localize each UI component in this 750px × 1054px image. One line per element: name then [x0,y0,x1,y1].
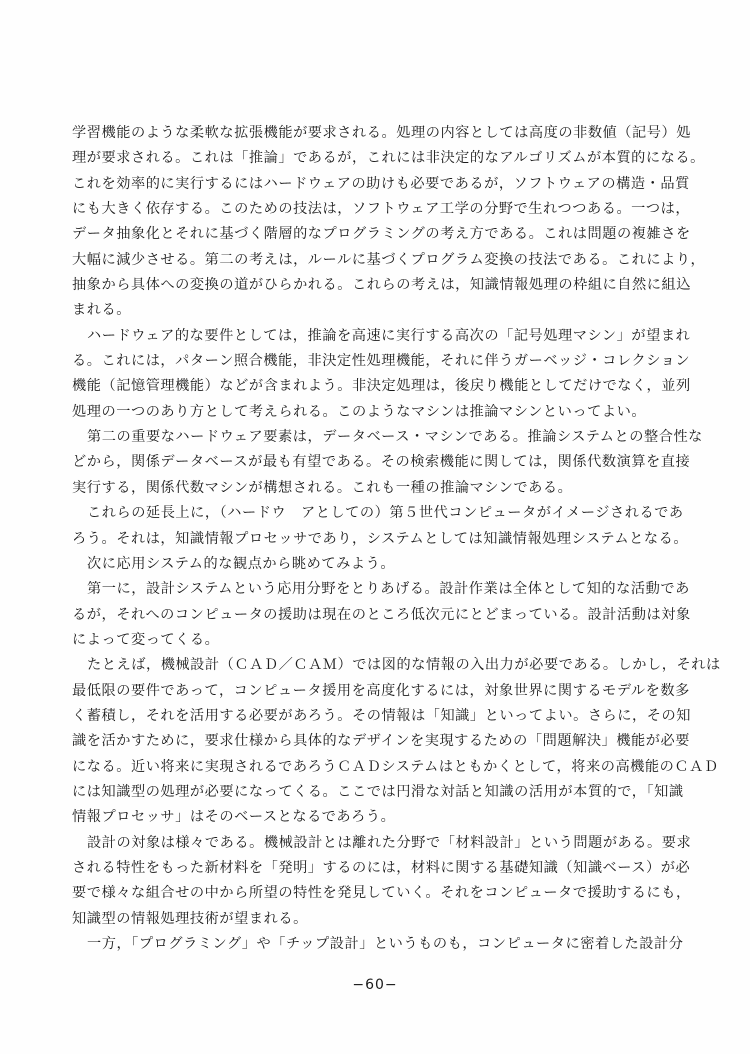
paragraph-first-line: 第一に，設計システムという応用分野をとりあげる。設計作業は全体として知的な活動で… [72,577,638,602]
text-line: 機能（記憶管理機能）などが含まれよう。非決定処理は，後戻り機能としてだけでなく，… [72,374,638,399]
text-line: どから，関係データベースが最も有望である。その検索機能に関しては，関係代数演算を… [72,450,638,475]
paragraph-first-line: たとえば，機械設計（ＣＡＤ／ＣＡＭ）では図的な情報の入出力が必要である。しかし，… [72,653,638,678]
text-line: 大幅に減少させる。第二の考えは，ルールに基づくプログラム変換の技法である。これに… [72,248,638,273]
text-line: これを効率的に実行するにはハードウェアの助けも必要であるが，ソフトウェアの構造・… [72,172,638,197]
paragraph-first-line: 次に応用システム的な観点から眺めてみよう。 [72,552,638,577]
text-line: 実行する，関係代数マシンが構想される。これも一種の推論マシンである。 [72,476,638,501]
text-line: データ抽象化とそれに基づく階層的なプログラミングの考え方である。これは問題の複雑… [72,222,638,247]
paragraph-first-line: ハードウェア的な要件としては，推論を高速に実行する高次の「記号処理マシン」が望ま… [72,324,638,349]
text-line: 知識型の情報処理技術が望まれる。 [72,907,638,932]
text-line: によって変ってくる。 [72,628,638,653]
text-line: 要で様々な組合せの中から所望の特性を発見していく。それをコンピュータで援助するに… [72,881,638,906]
text-line: には知識型の処理が必要になってくる。ここでは円滑な対話と知識の活用が本質的で，「… [72,780,638,805]
paragraph-first-line: これらの延長上に，（ハードウ アとしての）第５世代コンピュータがイメージされるで… [72,501,638,526]
text-line: 理が要求される。これは「推論」であるが，これには非決定的なアルゴリズムが本質的に… [72,146,638,171]
text-line: 学習機能のような柔軟な拡張機能が要求される。処理の内容としては高度の非数値（記号… [72,121,638,146]
text-line: 最低限の要件であって，コンピュータ援用を高度化するには，対象世界に関するモデルを… [72,679,638,704]
text-line: る。これには，パターン照合機能，非決定性処理機能，それに伴うガーベッジ・コレクシ… [72,349,638,374]
text-line: 処理の一つのあり方として考えられる。このようなマシンは推論マシンといってよい。 [72,400,638,425]
paragraph-first-line: 第二の重要なハードウェア要素は，データベース・マシンである。推論システムとの整合… [72,425,638,450]
text-line: るが，それへのコンピュータの援助は現在のところ低次元にとどまっている。設計活動は… [72,603,638,628]
text-line: される特性をもった新材料を「発明」するのには，材料に関する基礎知識（知識ベース）… [72,856,638,881]
paragraph-first-line: 一方，「プログラミング」や「チップ設計」というものも，コンピュータに密着した設計… [72,932,638,957]
body-text: 学習機能のような柔軟な拡張機能が要求される。処理の内容としては高度の非数値（記号… [72,121,642,957]
text-line: く蓄積し，それを活用する必要があろう。その情報は「知識」といってよい。さらに，そ… [72,704,638,729]
page-number: −60− [0,977,750,993]
text-line: 識を活かすために，要求仕様から具体的なデザインを実現するための「問題解決」機能が… [72,729,638,754]
text-line: まれる。 [72,298,638,323]
paragraph-first-line: 設計の対象は様々である。機械設計とは離れた分野で「材料設計」という問題がある。要… [72,831,638,856]
text-line: 情報プロセッサ」はそのベースとなるであろう。 [72,805,638,830]
document-page: 学習機能のような柔軟な拡張機能が要求される。処理の内容としては高度の非数値（記号… [0,0,750,1054]
text-line: ろう。それは，知識情報プロセッサであり，システムとしては知識情報処理システムとな… [72,527,638,552]
text-line: にも大きく依存する。このための技法は，ソフトウェア工学の分野で生れつつある。一つ… [72,197,638,222]
text-line: になる。近い将来に実現されるであろうＣＡＤシステムはともかくとして，将来の高機能… [72,755,638,780]
text-line: 抽象から具体への変換の道がひらかれる。これらの考えは，知識情報処理の枠組に自然に… [72,273,638,298]
